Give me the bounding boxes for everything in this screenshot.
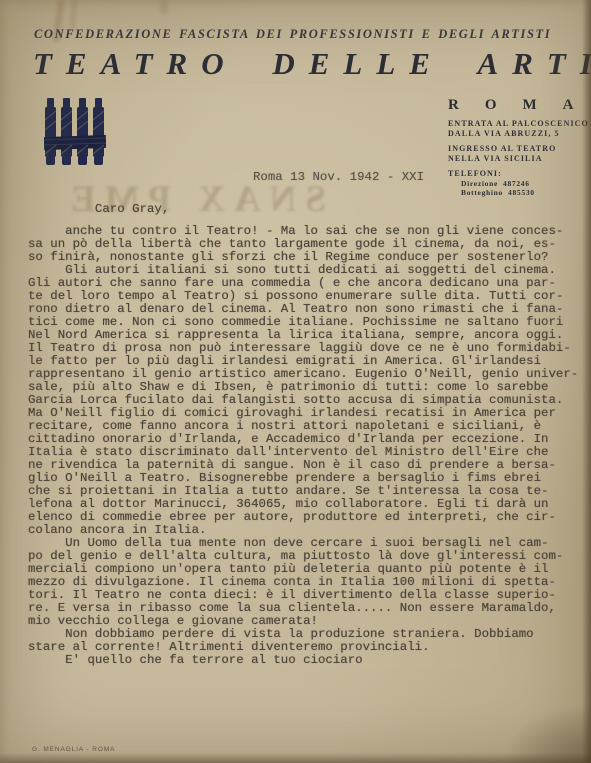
theater-title: TEATRO DELLE ARTI — [33, 46, 589, 82]
letter-body: Caro Gray, anche tu contro il Teatro! - … — [28, 203, 578, 667]
phone-line: Botteghino485530 — [448, 188, 588, 197]
salutation: Caro Gray, — [28, 203, 578, 216]
address-line: DALLA VIA ABRUZZI, 5 — [448, 129, 588, 139]
page-edge-shadow — [0, 753, 591, 763]
address-block: ROMA ENTRATA AL PALCOSCENICO DALLA VIA A… — [448, 97, 588, 197]
paper-stain — [71, 0, 76, 30]
address-line: INGRESSO AL TEATRO — [448, 144, 588, 154]
phones-list: Direzione487246Botteghino485530 — [448, 179, 588, 197]
fasces-emblem-icon — [44, 98, 106, 168]
phones-label: TELEFONI: — [448, 169, 588, 179]
printer-credit: G. MENAGLIA - ROMA — [32, 746, 115, 753]
body-lines: anche tu contro il Teatro! - Ma lo sai c… — [28, 225, 578, 667]
phone-line: Direzione487246 — [448, 179, 588, 188]
paper-stain — [160, 0, 168, 14]
dateline: Roma 13 Nov. 1942 - XXI — [253, 170, 424, 184]
confederation-title: CONFEDERAZIONE FASCISTA DEI PROFESSIONIS… — [34, 27, 579, 42]
city-name: ROMA — [448, 97, 588, 114]
corner-shadow — [501, 703, 591, 763]
address-line: ENTRATA AL PALCOSCENICO — [448, 119, 588, 129]
address-line: NELLA VIA SICILIA — [448, 154, 588, 164]
scanned-letter-page: SNAX PME CONFEDERAZIONE FASCISTA DEI PRO… — [0, 0, 591, 763]
body-line: E' quello che fa terrore al tuo ciociaro — [28, 654, 578, 667]
